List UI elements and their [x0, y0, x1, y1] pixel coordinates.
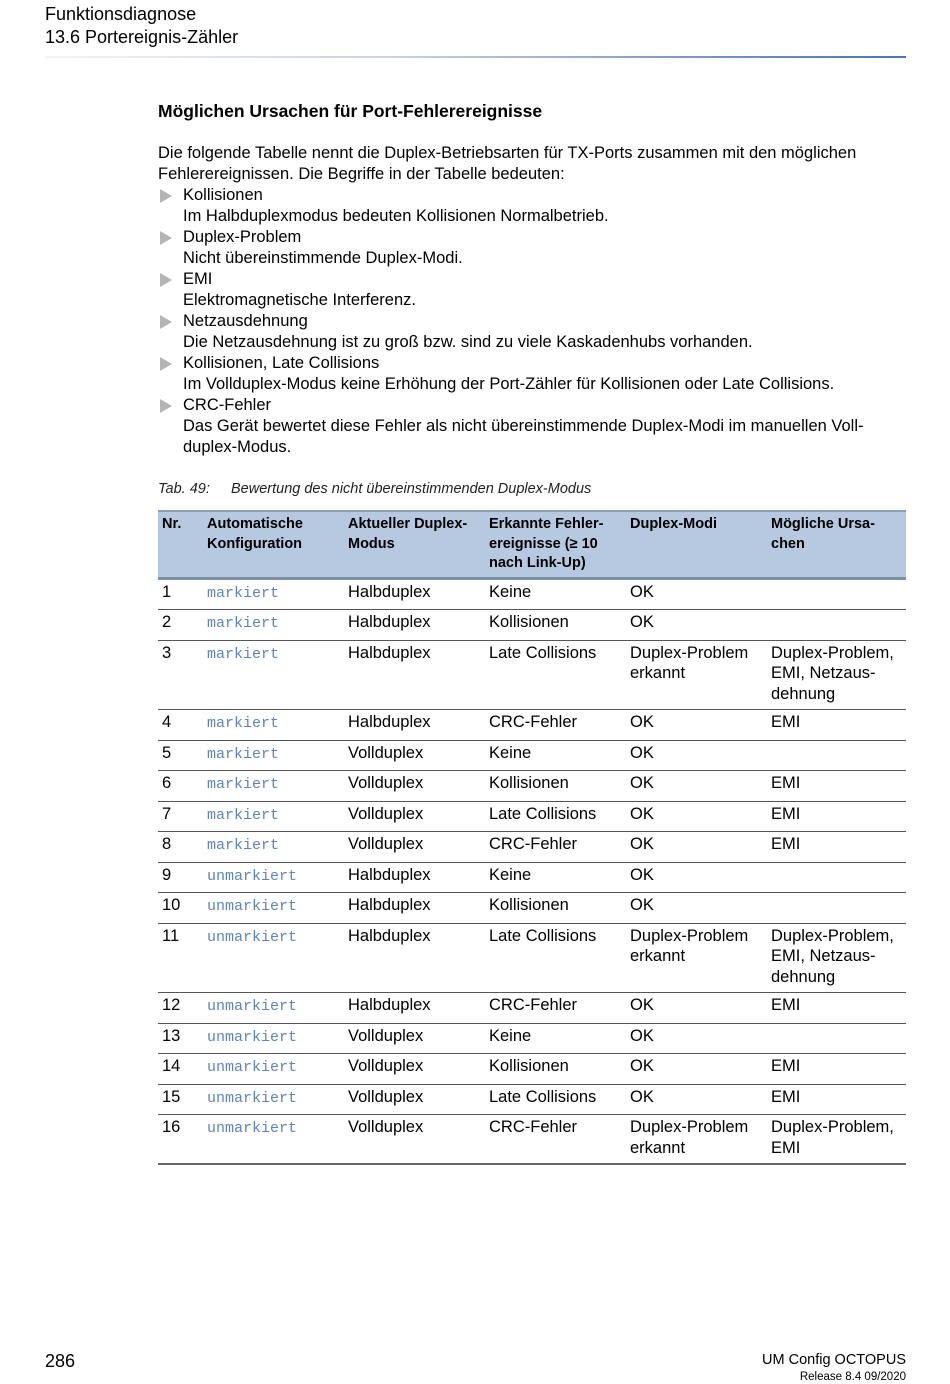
table-cell: Late Collisions — [485, 801, 626, 832]
table-cell: 15 — [158, 1084, 203, 1115]
chapter-title: Funktionsdiagnose — [45, 3, 238, 26]
table-cell: markiert — [203, 610, 344, 641]
table-cell: 10 — [158, 893, 203, 924]
bullet-triangle-icon — [160, 399, 172, 413]
header-rule — [45, 56, 906, 58]
table-cell: 8 — [158, 832, 203, 863]
table-row: 1markiertHalbduplexKeineOK — [158, 578, 906, 610]
running-header: Funktionsdiagnose 13.6 Portereignis-Zähl… — [45, 3, 238, 49]
table-row: 2markiertHalbduplexKollisionenOK — [158, 610, 906, 641]
term-description: Die Netzausdehnung ist zu groß bzw. sind… — [183, 332, 908, 353]
table-cell: Vollduplex — [344, 801, 485, 832]
table-cell: CRC-Fehler — [485, 1115, 626, 1165]
table-row: 6markiertVollduplexKollisionenOKEMI — [158, 771, 906, 802]
table-cell: Late Collisions — [485, 640, 626, 710]
auto-config-value: markiert — [207, 746, 279, 763]
term-description: Elektromagnetische Interferenz. — [183, 290, 908, 311]
bullet-triangle-icon — [160, 357, 172, 371]
table-cell — [767, 1023, 906, 1054]
term-label: Kollisionen, Late Collisions — [183, 353, 908, 374]
term-item: Duplex-ProblemNicht übereinstimmende Dup… — [158, 227, 908, 269]
column-header: Mögliche Ursa-chen — [767, 511, 906, 578]
table-cell: Late Collisions — [485, 923, 626, 993]
auto-config-value: unmarkiert — [207, 1120, 297, 1137]
table-cell: Duplex-Problem erkannt — [626, 923, 767, 993]
table-cell: Vollduplex — [344, 1084, 485, 1115]
table-cell: Halbduplex — [344, 893, 485, 924]
table-cell — [767, 610, 906, 641]
table-cell: unmarkiert — [203, 893, 344, 924]
table-cell: unmarkiert — [203, 1084, 344, 1115]
table-cell: Kollisionen — [485, 1054, 626, 1085]
table-cell: Halbduplex — [344, 578, 485, 610]
duplex-table: Nr.Automatische KonfigurationAktueller D… — [158, 510, 906, 1165]
table-cell: markiert — [203, 710, 344, 741]
term-item: NetzausdehnungDie Netzausdehnung ist zu … — [158, 311, 908, 353]
table-cell: EMI — [767, 832, 906, 863]
table-cell: Halbduplex — [344, 923, 485, 993]
section-title: Möglichen Ursachen für Port-Fehlerereign… — [158, 101, 542, 122]
term-label: CRC-Fehler — [183, 395, 908, 416]
auto-config-value: markiert — [207, 837, 279, 854]
table-cell: 1 — [158, 578, 203, 610]
term-item: EMIElektromagnetische Interferenz. — [158, 269, 908, 311]
table-caption-text: Bewertung des nicht übereinstimmenden Du… — [231, 481, 591, 497]
auto-config-value: unmarkiert — [207, 1090, 297, 1107]
term-list: KollisionenIm Halbduplexmodus bedeuten K… — [158, 185, 908, 458]
table-cell: 12 — [158, 993, 203, 1024]
table-cell: Halbduplex — [344, 993, 485, 1024]
table-cell: OK — [626, 993, 767, 1024]
term-label: Kollisionen — [183, 185, 908, 206]
table-cell: OK — [626, 771, 767, 802]
table-cell: CRC-Fehler — [485, 993, 626, 1024]
table-cell: Vollduplex — [344, 740, 485, 771]
table-row: 12unmarkiertHalbduplexCRC-FehlerOKEMI — [158, 993, 906, 1024]
auto-config-value: unmarkiert — [207, 1059, 297, 1076]
table-row: 14unmarkiertVollduplexKollisionenOKEMI — [158, 1054, 906, 1085]
table-caption-label: Tab. 49: — [158, 481, 231, 497]
column-header: Nr. — [158, 511, 203, 578]
bullet-triangle-icon — [160, 231, 172, 245]
auto-config-value: markiert — [207, 715, 279, 732]
column-header: Automatische Konfiguration — [203, 511, 344, 578]
table-body: 1markiertHalbduplexKeineOK2markiertHalbd… — [158, 578, 906, 1164]
table-cell: unmarkiert — [203, 923, 344, 993]
table-row: 13unmarkiertVollduplexKeineOK — [158, 1023, 906, 1054]
table-cell: unmarkiert — [203, 1115, 344, 1165]
auto-config-value: markiert — [207, 646, 279, 663]
table-cell: OK — [626, 893, 767, 924]
term-item: KollisionenIm Halbduplexmodus bedeuten K… — [158, 185, 908, 227]
table-cell: Duplex-Problem, EMI, Netzaus-dehnung — [767, 923, 906, 993]
table-cell: Vollduplex — [344, 1054, 485, 1085]
table-cell: 5 — [158, 740, 203, 771]
table-cell — [767, 578, 906, 610]
table-cell: EMI — [767, 993, 906, 1024]
term-label: Duplex-Problem — [183, 227, 908, 248]
table-cell: markiert — [203, 740, 344, 771]
table-cell: Kollisionen — [485, 771, 626, 802]
term-description: Im Halbduplexmodus bedeuten Kollisionen … — [183, 206, 908, 227]
table-row: 7markiertVollduplexLate CollisionsOKEMI — [158, 801, 906, 832]
table-cell: 7 — [158, 801, 203, 832]
table-cell: unmarkiert — [203, 1023, 344, 1054]
table-row: 16unmarkiertVollduplexCRC-FehlerDuplex-P… — [158, 1115, 906, 1165]
table-cell: Late Collisions — [485, 1084, 626, 1115]
table-cell: unmarkiert — [203, 862, 344, 893]
term-label: EMI — [183, 269, 908, 290]
footer-release: Release 8.4 09/2020 — [762, 1369, 906, 1384]
table-cell: OK — [626, 610, 767, 641]
term-item: CRC-FehlerDas Gerät bewertet diese Fehle… — [158, 395, 908, 458]
auto-config-value: unmarkiert — [207, 1029, 297, 1046]
table-cell: OK — [626, 1084, 767, 1115]
term-description: Im Vollduplex-Modus keine Erhöhung der P… — [183, 374, 908, 395]
table-cell: CRC-Fehler — [485, 710, 626, 741]
table-cell: 14 — [158, 1054, 203, 1085]
table-cell: 6 — [158, 771, 203, 802]
term-description: Nicht übereinstimmende Duplex-Modi. — [183, 248, 908, 269]
table-cell: OK — [626, 801, 767, 832]
table-cell: Vollduplex — [344, 1023, 485, 1054]
table-caption: Tab. 49:Bewertung des nicht übereinstimm… — [158, 481, 591, 497]
term-description: Das Gerät bewertet diese Fehler als nich… — [183, 416, 908, 458]
table-cell: 2 — [158, 610, 203, 641]
table-cell: EMI — [767, 710, 906, 741]
table-cell: Keine — [485, 1023, 626, 1054]
footer-doc-info: UM Config OCTOPUS Release 8.4 09/2020 — [762, 1352, 906, 1384]
table-row: 5markiertVollduplexKeineOK — [158, 740, 906, 771]
table-cell: EMI — [767, 771, 906, 802]
table-cell: markiert — [203, 771, 344, 802]
term-item: Kollisionen, Late CollisionsIm Vollduple… — [158, 353, 908, 395]
column-header: Duplex-Modi — [626, 511, 767, 578]
table-row: 3markiertHalbduplexLate CollisionsDuplex… — [158, 640, 906, 710]
table-cell: EMI — [767, 1054, 906, 1085]
table-cell: CRC-Fehler — [485, 832, 626, 863]
table-cell: markiert — [203, 801, 344, 832]
table-row: 8markiertVollduplexCRC-FehlerOKEMI — [158, 832, 906, 863]
auto-config-value: unmarkiert — [207, 998, 297, 1015]
table-cell: Keine — [485, 740, 626, 771]
table-row: 9unmarkiertHalbduplexKeineOK — [158, 862, 906, 893]
auto-config-value: markiert — [207, 807, 279, 824]
section-heading: 13.6 Portereignis-Zähler — [45, 26, 238, 49]
table-cell: Duplex-Problem, EMI — [767, 1115, 906, 1165]
table-cell: Halbduplex — [344, 640, 485, 710]
auto-config-value: markiert — [207, 585, 279, 602]
table-cell — [767, 740, 906, 771]
table-cell: OK — [626, 578, 767, 610]
bullet-triangle-icon — [160, 273, 172, 287]
table-cell: Vollduplex — [344, 771, 485, 802]
auto-config-value: markiert — [207, 615, 279, 632]
bullet-triangle-icon — [160, 189, 172, 203]
table-cell: markiert — [203, 578, 344, 610]
auto-config-value: unmarkiert — [207, 898, 297, 915]
auto-config-value: unmarkiert — [207, 929, 297, 946]
table-cell — [767, 862, 906, 893]
table-cell: markiert — [203, 640, 344, 710]
table-cell: unmarkiert — [203, 993, 344, 1024]
bullet-triangle-icon — [160, 315, 172, 329]
intro-paragraph: Die folgende Tabelle nennt die Duplex-Be… — [158, 143, 908, 185]
table-cell: 3 — [158, 640, 203, 710]
table-cell: OK — [626, 832, 767, 863]
table-row: 10unmarkiertHalbduplexKollisionenOK — [158, 893, 906, 924]
table-cell: 11 — [158, 923, 203, 993]
table-cell: 16 — [158, 1115, 203, 1165]
table-cell — [767, 893, 906, 924]
auto-config-value: markiert — [207, 776, 279, 793]
table-cell: Halbduplex — [344, 710, 485, 741]
table-cell: Vollduplex — [344, 832, 485, 863]
table-cell: OK — [626, 740, 767, 771]
term-label: Netzausdehnung — [183, 311, 908, 332]
footer-doc-title: UM Config OCTOPUS — [762, 1352, 906, 1369]
table-cell: 13 — [158, 1023, 203, 1054]
auto-config-value: unmarkiert — [207, 868, 297, 885]
table-cell: Kollisionen — [485, 610, 626, 641]
table-cell: 4 — [158, 710, 203, 741]
table-cell: OK — [626, 710, 767, 741]
table-row: 4markiertHalbduplexCRC-FehlerOKEMI — [158, 710, 906, 741]
table-row: 15unmarkiertVollduplexLate CollisionsOKE… — [158, 1084, 906, 1115]
column-header: Aktueller Duplex-Modus — [344, 511, 485, 578]
table-cell: unmarkiert — [203, 1054, 344, 1085]
table-cell: EMI — [767, 1084, 906, 1115]
table-cell: Keine — [485, 862, 626, 893]
table-cell: Halbduplex — [344, 862, 485, 893]
table-cell: OK — [626, 862, 767, 893]
table-cell: OK — [626, 1023, 767, 1054]
table-cell: 9 — [158, 862, 203, 893]
column-header: Erkannte Fehler-ereignisse (≥ 10 nach Li… — [485, 511, 626, 578]
table-cell: Duplex-Problem erkannt — [626, 640, 767, 710]
table-cell: Duplex-Problem erkannt — [626, 1115, 767, 1165]
page-number: 286 — [45, 1351, 75, 1372]
table-header-row: Nr.Automatische KonfigurationAktueller D… — [158, 511, 906, 578]
table-cell: OK — [626, 1054, 767, 1085]
table-cell: Vollduplex — [344, 1115, 485, 1165]
table-cell: Keine — [485, 578, 626, 610]
table-cell: Duplex-Problem, EMI, Netzaus-dehnung — [767, 640, 906, 710]
table-cell: Kollisionen — [485, 893, 626, 924]
table-cell: EMI — [767, 801, 906, 832]
table-cell: markiert — [203, 832, 344, 863]
table-cell: Halbduplex — [344, 610, 485, 641]
table-row: 11unmarkiertHalbduplexLate CollisionsDup… — [158, 923, 906, 993]
